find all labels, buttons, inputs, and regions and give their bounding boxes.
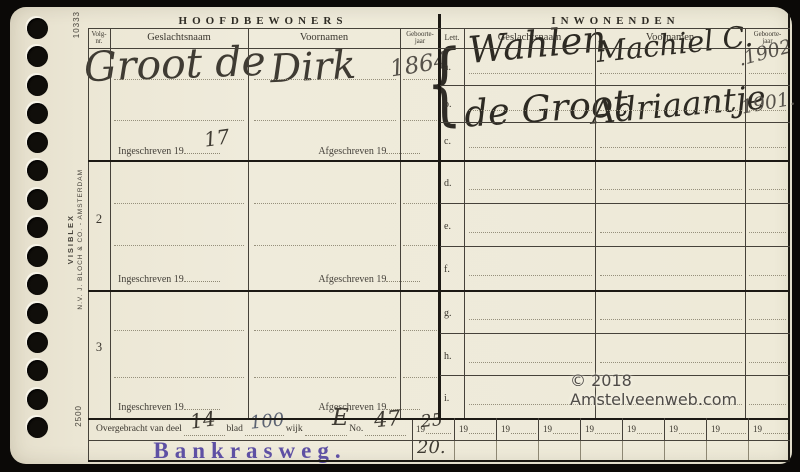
year-entry-cell: [538, 441, 581, 460]
dotted-writing-line: [114, 330, 244, 331]
printer-brand: VISIBLEX N.V. J. BLOCH & CO. - AMSTERDAM: [66, 127, 84, 352]
punch-hole: [27, 303, 48, 324]
year-cell: 19: [706, 418, 749, 440]
brand-name: VISIBLEX: [66, 214, 75, 264]
year-entry-cell: [706, 441, 749, 460]
dotted-writing-line: [114, 79, 244, 80]
year-cell-label: 19: [665, 424, 678, 434]
scanned-register-photo: { "watermark": {"text": "© 2018 Amstelve…: [0, 0, 800, 472]
dotted-writing-line: [254, 79, 396, 80]
punch-hole: [27, 360, 48, 381]
column-divider-line: [745, 28, 746, 418]
dotted-writing-line: [403, 203, 437, 204]
dotted-writing-line: [749, 73, 786, 74]
dotted-writing-line: [469, 73, 592, 74]
dotted-writing-line: [469, 189, 592, 190]
row-letter: f.: [444, 264, 464, 275]
volgnr-3: 3: [88, 340, 110, 355]
dotted-writing-line: [749, 232, 786, 233]
dotted-writing-line: [469, 147, 592, 148]
dotted-writing-line: [749, 319, 786, 320]
dotted-writing-line: [254, 120, 396, 121]
punch-hole: [27, 246, 48, 267]
year-entry-cell: [622, 441, 665, 460]
dotted-writing-line: [254, 377, 396, 378]
punch-hole: [27, 274, 48, 295]
punch-hole: [27, 160, 48, 181]
row-divider-line: [440, 203, 790, 204]
street-stamp: Bankrasweg.: [88, 440, 412, 461]
punch-hole: [27, 217, 48, 238]
handwritten-ingeschreven-year: 17: [203, 126, 231, 149]
dotted-writing-line: [403, 245, 437, 246]
dotted-writing-line: [749, 362, 786, 363]
row-divider-line: [88, 160, 790, 162]
dotted-writing-line: [114, 377, 244, 378]
row-letter: c.: [444, 136, 464, 147]
year-cell: 19: [412, 418, 454, 440]
brand-company: N.V. J. BLOCH & CO. - AMSTERDAM: [77, 169, 84, 310]
year-entry-cell: [748, 441, 791, 460]
year-cell-label: 19: [539, 424, 552, 434]
dotted-writing-line: [749, 147, 786, 148]
row-divider-line: [440, 246, 790, 247]
dotted-writing-line: [114, 245, 244, 246]
year-cell-label: 19: [707, 424, 720, 434]
dotted-writing-line: [403, 377, 437, 378]
dotted-writing-line: [403, 120, 437, 121]
row-letter: i.: [444, 393, 464, 404]
watermark: © 2018 Amstelveenweb.com: [570, 371, 792, 409]
year-entry-cell: [412, 441, 454, 460]
handwritten-blad: 100: [249, 411, 285, 432]
volgnr-2: 2: [88, 212, 110, 227]
column-divider-line: [110, 28, 111, 418]
spine-bottom-code: 2500: [74, 405, 83, 427]
dotted-writing-line: [749, 189, 786, 190]
row-divider-line: [88, 28, 790, 29]
year-cell-label: 19: [497, 424, 510, 434]
year-cell: 19: [664, 418, 707, 440]
year-cell: 19: [454, 418, 497, 440]
dotted-writing-line: [469, 275, 592, 276]
year-entry-cell: [454, 441, 497, 460]
year-cell-label: 19: [412, 424, 425, 434]
punch-hole: [27, 189, 48, 210]
row-letter: b.: [444, 99, 464, 110]
dotted-writing-line: [600, 232, 742, 233]
row-letter: a.: [444, 62, 464, 73]
ink-brace: {: [426, 38, 463, 128]
dotted-writing-line: [254, 203, 396, 204]
row-divider-line: [440, 333, 790, 334]
row-letter: h.: [444, 351, 464, 362]
row-divider-line: [440, 122, 790, 123]
punch-hole: [27, 417, 48, 438]
year-cell-label: 19: [623, 424, 636, 434]
punch-hole: [27, 103, 48, 124]
row-divider-line: [88, 48, 790, 49]
year-cell: 19: [496, 418, 539, 440]
dotted-writing-line: [403, 330, 437, 331]
year-entry-cell: [580, 441, 623, 460]
punch-hole: [27, 75, 48, 96]
year-cell-label: 19: [749, 424, 762, 434]
year-cell: 19: [580, 418, 623, 440]
register-card: 10333 VISIBLEX N.V. J. BLOCH & CO. - AMS…: [10, 7, 792, 464]
year-entry-cell: [664, 441, 707, 460]
row-letter: g.: [444, 308, 464, 319]
dotted-writing-line: [600, 319, 742, 320]
year-cell: 19: [622, 418, 665, 440]
year-entry-cell: [496, 441, 539, 460]
handwritten-deel: 14: [189, 408, 217, 431]
column-divider-line: [595, 28, 596, 418]
handwritten-firstname-1: Dirk: [269, 46, 357, 89]
punch-hole: [27, 332, 48, 353]
row-letter: d.: [444, 178, 464, 189]
row-divider-line: [88, 460, 790, 462]
dotted-writing-line: [469, 319, 592, 320]
spine-top-code: 10333: [72, 11, 81, 38]
dotted-writing-line: [469, 110, 592, 111]
dotted-writing-line: [600, 147, 742, 148]
dotted-writing-line: [114, 120, 244, 121]
dotted-writing-line: [254, 330, 396, 331]
column-divider-line: [248, 28, 249, 418]
punch-hole: [27, 46, 48, 67]
year-cell: 19: [748, 418, 791, 440]
row-letter: e.: [444, 221, 464, 232]
dotted-writing-line: [600, 73, 742, 74]
dotted-writing-line: [600, 275, 742, 276]
dotted-writing-line: [749, 110, 786, 111]
dotted-writing-line: [600, 189, 742, 190]
dotted-writing-line: [469, 362, 592, 363]
row-divider-line: [88, 290, 790, 292]
punch-hole: [27, 132, 48, 153]
dotted-writing-line: [600, 110, 742, 111]
dotted-writing-line: [403, 79, 437, 80]
dotted-writing-line: [254, 245, 396, 246]
dotted-writing-line: [469, 232, 592, 233]
card-spine: 10333 VISIBLEX N.V. J. BLOCH & CO. - AMS…: [10, 7, 88, 464]
column-divider-line: [400, 28, 401, 418]
punch-hole: [27, 18, 48, 39]
punch-hole: [27, 389, 48, 410]
ingeschreven-row-2: Ingeschreven 19 Afgeschreven 19: [118, 272, 420, 286]
year-cell-label: 19: [581, 424, 594, 434]
year-cell-label: 19: [455, 424, 468, 434]
row-divider-line: [440, 85, 790, 86]
column-divider-line: [88, 28, 89, 462]
column-divider-line: [464, 28, 465, 418]
year-cell: 19: [538, 418, 581, 440]
section-title-hoofdbewoners: HOOFDBEWONERS: [88, 14, 438, 28]
ingeschreven-row-1: Ingeschreven 19 Afgeschreven 19: [118, 144, 420, 158]
dotted-writing-line: [600, 362, 742, 363]
dotted-writing-line: [114, 203, 244, 204]
dotted-writing-line: [749, 275, 786, 276]
column-divider-line: [438, 14, 441, 418]
